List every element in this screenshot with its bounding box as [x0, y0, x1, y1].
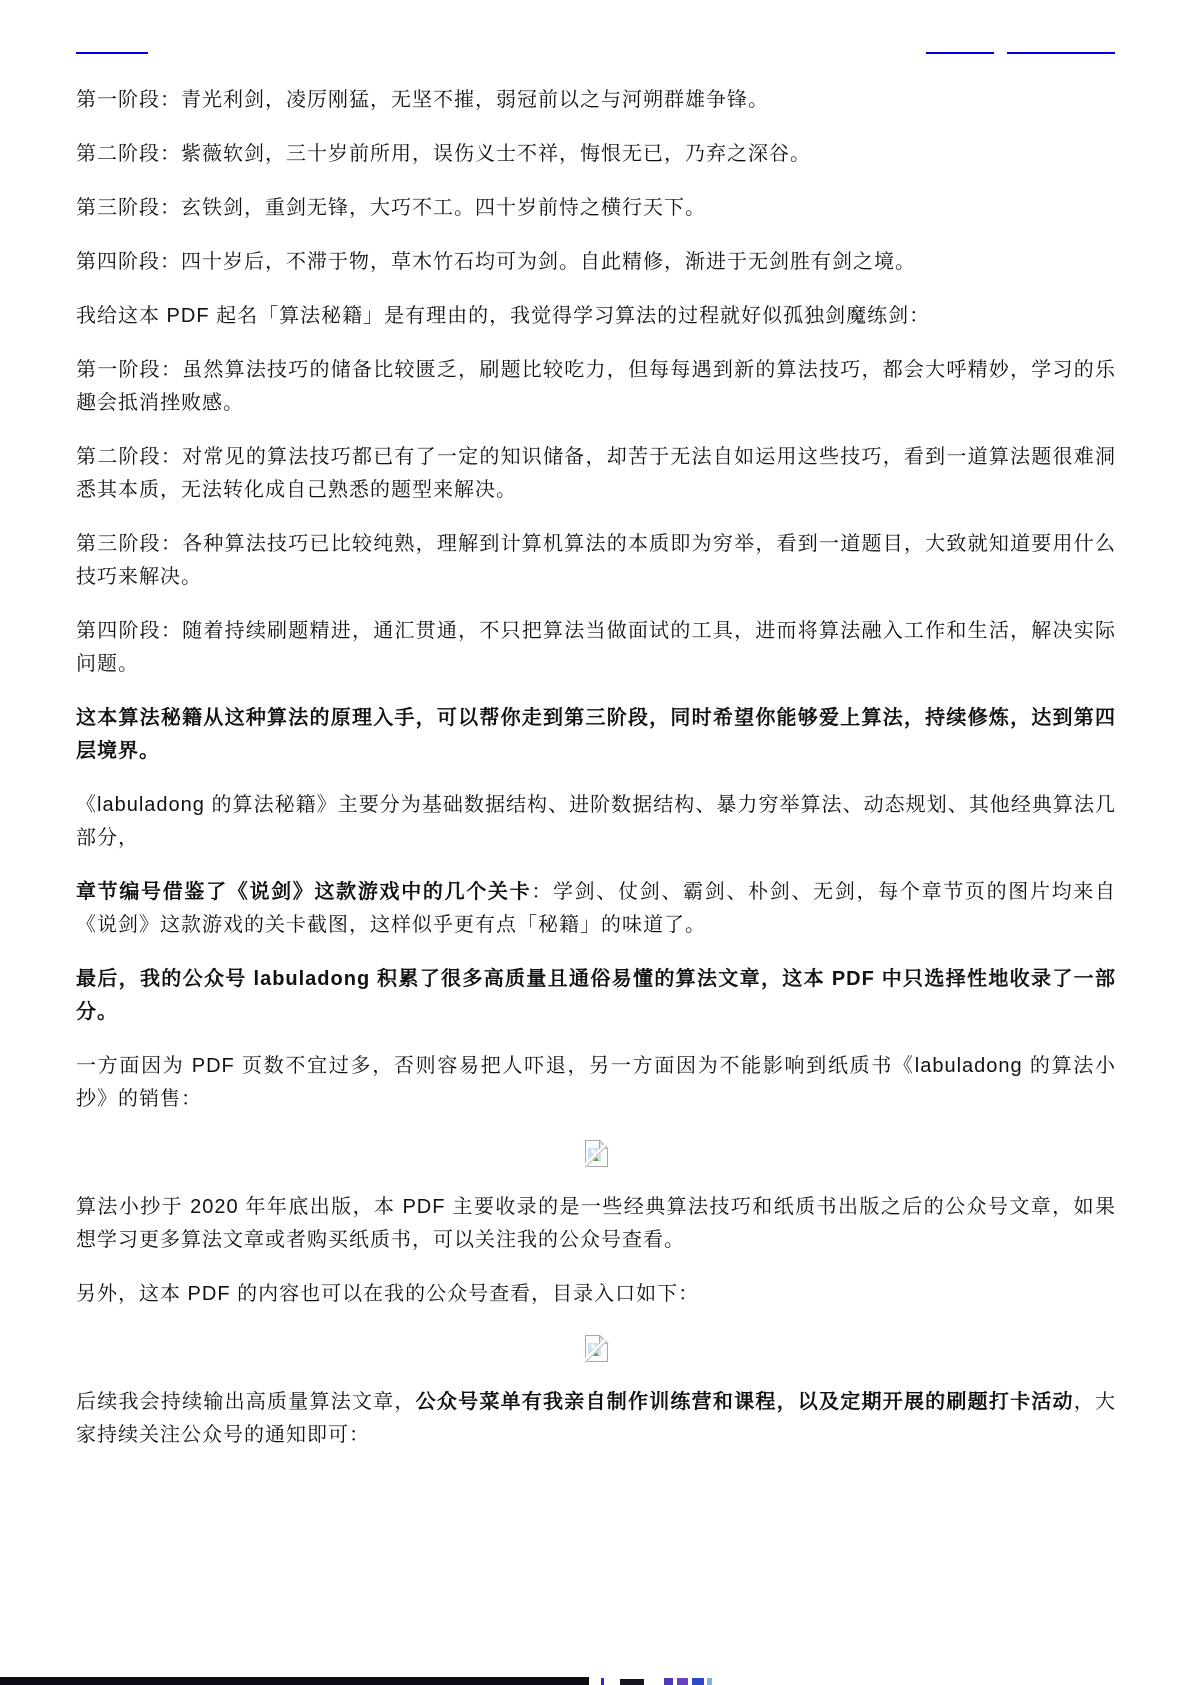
paragraph-text: 这本算法秘籍从这种算法的原理入手，可以帮你走到第三阶段，同时希望你能够爱上算法，…: [76, 707, 1116, 762]
paragraph: 算法小抄于 2020 年年底出版，本 PDF 主要收录的是一些经典算法技巧和纸质…: [76, 1191, 1116, 1257]
paragraph: 第一阶段：虽然算法技巧的储备比较匮乏，刷题比较吃力，但每每遇到新的算法技巧，都会…: [76, 354, 1116, 420]
paragraph-text: 第一阶段：虽然算法技巧的储备比较匮乏，刷题比较吃力，但每每遇到新的算法技巧，都会…: [76, 359, 1116, 414]
paragraph: 第一阶段：青光利剑，凌厉刚猛，无坚不摧，弱冠前以之与河朔群雄争锋。: [76, 84, 1116, 117]
footer-fragment: [664, 1678, 673, 1685]
broken-image-icon: [583, 1139, 610, 1168]
paragraph-text-bold: 公众号菜单有我亲自制作训练营和课程，以及定期开展的刷题打卡活动: [416, 1391, 1074, 1413]
paragraph-text: 第一阶段：青光利剑，凌厉刚猛，无坚不摧，弱冠前以之与河朔群雄争锋。: [76, 89, 769, 111]
paragraph: 第二阶段：紫薇软剑，三十岁前所用，误伤义士不祥，悔恨无已，乃弃之深谷。: [76, 138, 1116, 171]
paragraph: 第二阶段：对常见的算法技巧都已有了一定的知识储备，却苦于无法自如运用这些技巧，看…: [76, 441, 1116, 507]
image-placeholder: [76, 1137, 1116, 1170]
paragraph: 另外，这本 PDF 的内容也可以在我的公众号查看，目录入口如下：: [76, 1278, 1116, 1311]
paragraph-text: 第三阶段：各种算法技巧已比较纯熟，理解到计算机算法的本质即为穷举，看到一道题目，…: [76, 533, 1116, 588]
paragraph: 我给这本 PDF 起名「算法秘籍」是有理由的，我觉得学习算法的过程就好似孤独剑魔…: [76, 300, 1116, 333]
paragraph-text: 第二阶段：紫薇软剑，三十岁前所用，误伤义士不祥，悔恨无已，乃弃之深谷。: [76, 143, 811, 165]
footer-bar: [0, 1677, 589, 1685]
footer-fragment: [620, 1679, 644, 1685]
paragraph-text-bold: 章节编号借鉴了《说剑》这款游戏中的几个关卡: [76, 881, 531, 903]
paragraph-bold: 这本算法秘籍从这种算法的原理入手，可以帮你走到第三阶段，同时希望你能够爱上算法，…: [76, 702, 1116, 768]
paragraph-text: 算法小抄于 2020 年年底出版，本 PDF 主要收录的是一些经典算法技巧和纸质…: [76, 1196, 1116, 1251]
paragraph: 第三阶段：玄铁剑，重剑无锋，大巧不工。四十岁前恃之横行天下。: [76, 192, 1116, 225]
footer-fragment: [692, 1678, 704, 1685]
paragraph-text: 第四阶段：四十岁后，不滞于物，草木竹石均可为剑。自此精修，渐进于无剑胜有剑之境。: [76, 251, 916, 273]
paragraph: 一方面因为 PDF 页数不宜过多，否则容易把人吓退，另一方面因为不能影响到纸质书…: [76, 1050, 1116, 1116]
paragraph-text: 我给这本 PDF 起名「算法秘籍」是有理由的，我觉得学习算法的过程就好似孤独剑魔…: [76, 305, 930, 327]
document-page: 第一阶段：青光利剑，凌厉刚猛，无坚不摧，弱冠前以之与河朔群雄争锋。 第二阶段：紫…: [0, 0, 1191, 1685]
broken-image-icon: [583, 1334, 610, 1363]
footer-fragment: [707, 1678, 712, 1685]
paragraph-text: 第四阶段：随着持续刷题精进，通汇贯通，不只把算法当做面试的工具，进而将算法融入工…: [76, 620, 1116, 675]
paragraph: 第三阶段：各种算法技巧已比较纯熟，理解到计算机算法的本质即为穷举，看到一道题目，…: [76, 528, 1116, 594]
paragraph-mixed: 章节编号借鉴了《说剑》这款游戏中的几个关卡：学剑、仗剑、霸剑、朴剑、无剑，每个章…: [76, 876, 1116, 942]
document-body: 第一阶段：青光利剑，凌厉刚猛，无坚不摧，弱冠前以之与河朔群雄争锋。 第二阶段：紫…: [76, 84, 1116, 1473]
image-placeholder: [76, 1332, 1116, 1365]
header-link-underline-3[interactable]: [1007, 52, 1115, 54]
header-link-underline-1[interactable]: [76, 52, 148, 54]
paragraph-text: 《labuladong 的算法秘籍》主要分为基础数据结构、进阶数据结构、暴力穷举…: [76, 794, 1116, 849]
footer-fragment: [677, 1678, 688, 1685]
paragraph-text: 第二阶段：对常见的算法技巧都已有了一定的知识储备，却苦于无法自如运用这些技巧，看…: [76, 446, 1116, 501]
paragraph-mixed: 后续我会持续输出高质量算法文章，公众号菜单有我亲自制作训练营和课程，以及定期开展…: [76, 1386, 1116, 1452]
header-link-underline-2[interactable]: [926, 52, 994, 54]
paragraph-bold: 最后，我的公众号 labuladong 积累了很多高质量且通俗易懂的算法文章，这…: [76, 963, 1116, 1029]
paragraph-text: 一方面因为 PDF 页数不宜过多，否则容易把人吓退，另一方面因为不能影响到纸质书…: [76, 1055, 1116, 1110]
paragraph-text: 后续我会持续输出高质量算法文章，: [76, 1391, 416, 1413]
paragraph-text: 另外，这本 PDF 的内容也可以在我的公众号查看，目录入口如下：: [76, 1283, 699, 1305]
paragraph: 《labuladong 的算法秘籍》主要分为基础数据结构、进阶数据结构、暴力穷举…: [76, 789, 1116, 855]
paragraph: 第四阶段：四十岁后，不滞于物，草木竹石均可为剑。自此精修，渐进于无剑胜有剑之境。: [76, 246, 1116, 279]
footer-fragment: [601, 1678, 604, 1685]
paragraph: 第四阶段：随着持续刷题精进，通汇贯通，不只把算法当做面试的工具，进而将算法融入工…: [76, 615, 1116, 681]
paragraph-text: 第三阶段：玄铁剑，重剑无锋，大巧不工。四十岁前恃之横行天下。: [76, 197, 706, 219]
paragraph-text: 最后，我的公众号 labuladong 积累了很多高质量且通俗易懂的算法文章，这…: [76, 968, 1116, 1023]
